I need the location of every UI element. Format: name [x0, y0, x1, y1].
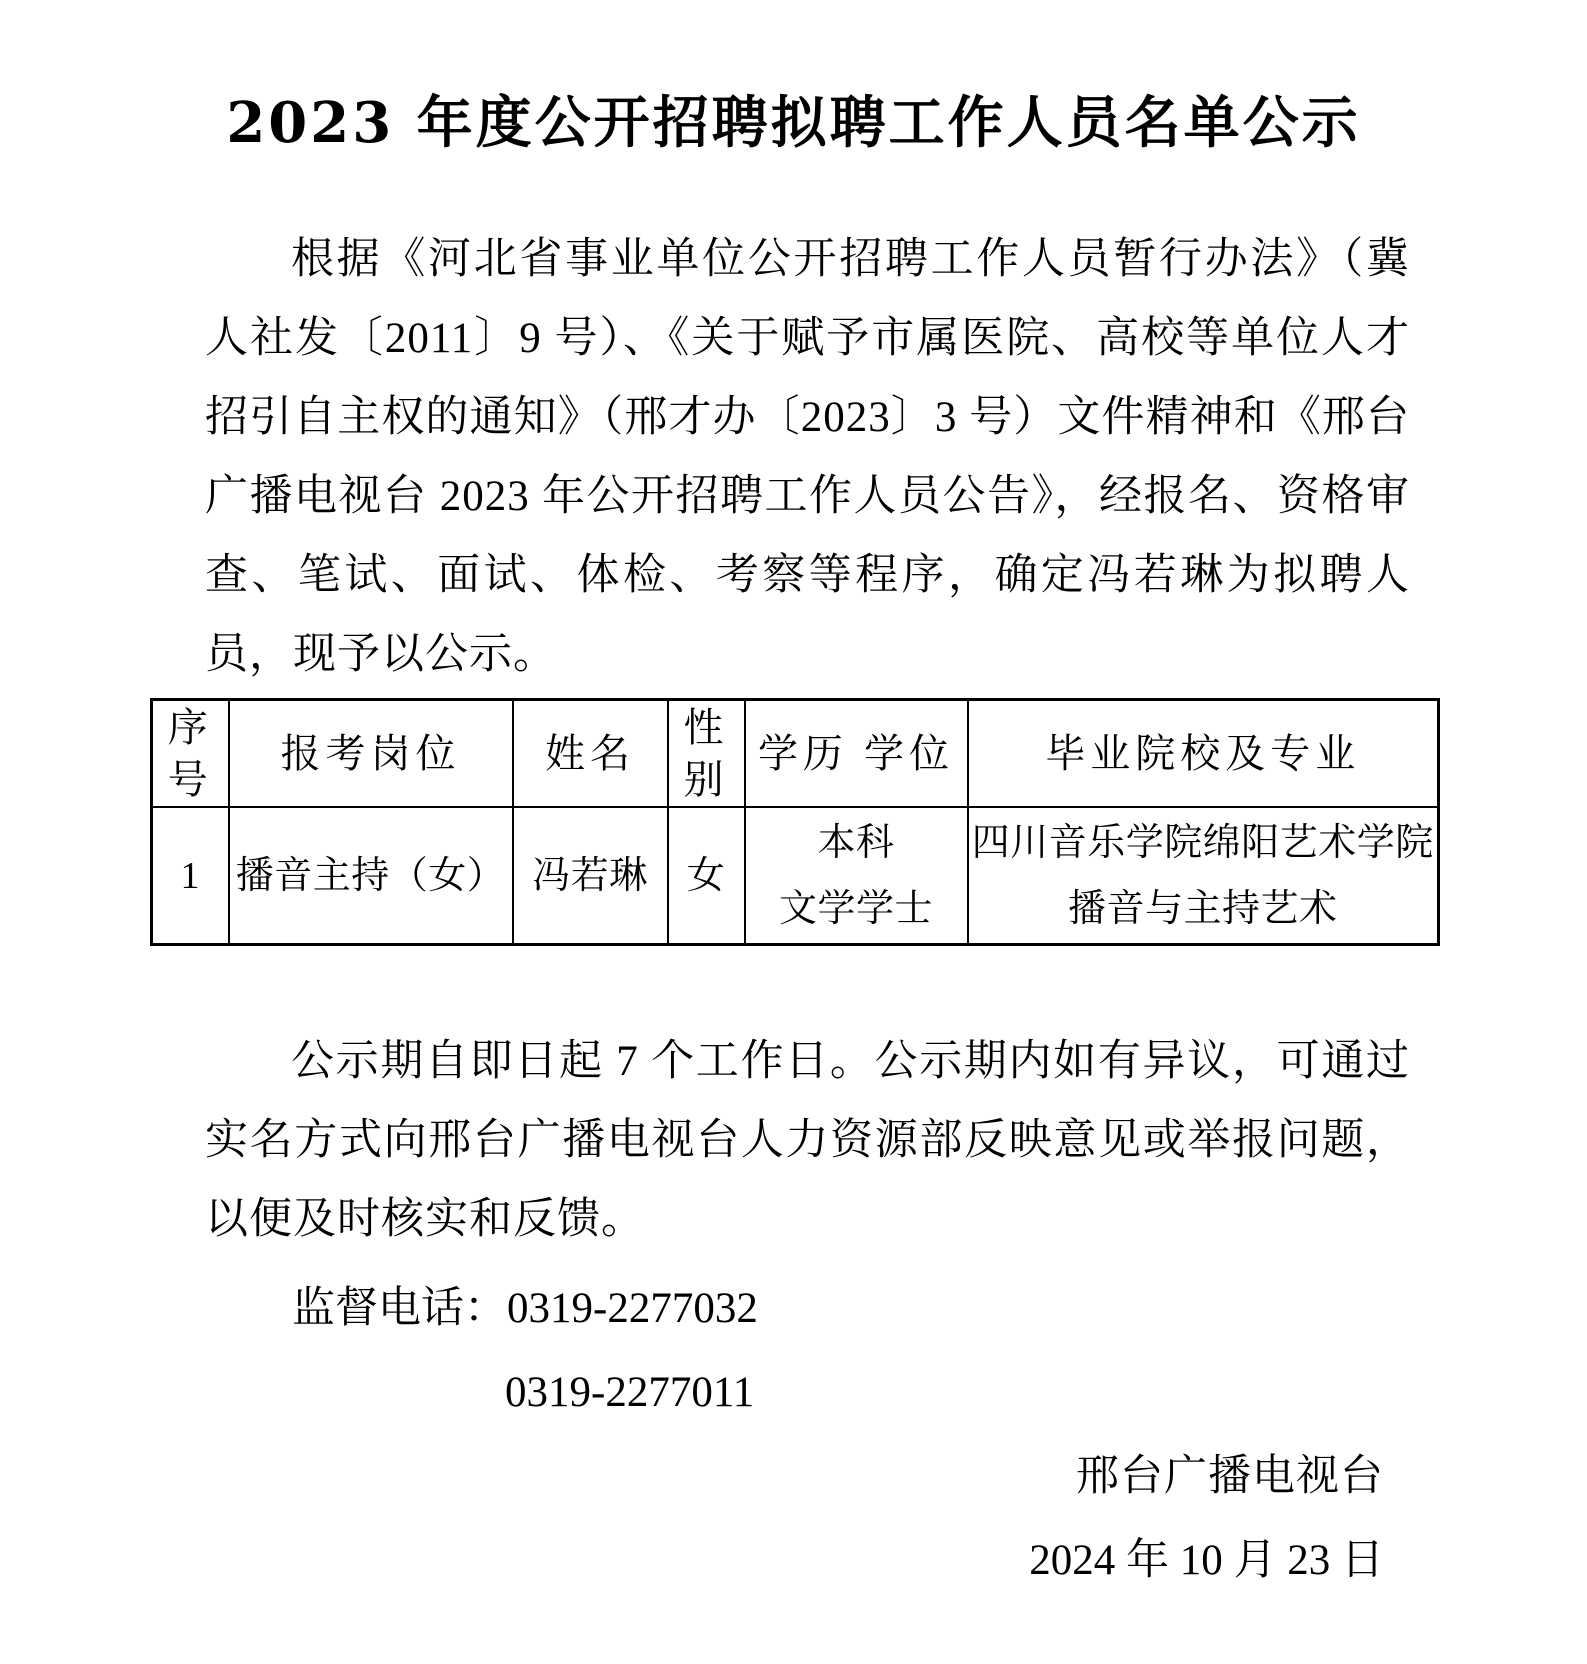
- cell-gender: 女: [668, 807, 745, 945]
- column-header-position: 报考岗位: [229, 700, 513, 808]
- signature-date: 2024 年 10 月 23 日: [0, 1521, 1587, 1601]
- school-major: 播音与主持艺术: [971, 876, 1436, 942]
- column-header-seq: 序号: [152, 700, 229, 808]
- cell-position: 播音主持（女）: [229, 807, 513, 945]
- degree-level: 本科: [748, 810, 965, 876]
- public-notice-document: 2023 年度公开招聘拟聘工作人员名单公示 根据《河北省事业单位公开招聘工作人员…: [0, 0, 1587, 1664]
- table-row: 1 播音主持（女） 冯若琳 女 本科 文学学士 四川音乐学院绵阳艺术学院 播音与…: [152, 807, 1439, 945]
- column-header-name: 姓名: [513, 700, 668, 808]
- supervision-phone-line-1: 监督电话：0319-2277032: [0, 1269, 1587, 1349]
- cell-name: 冯若琳: [513, 807, 668, 945]
- signature-organization: 邢台广播电视台: [0, 1437, 1587, 1517]
- column-header-gender: 性别: [668, 700, 745, 808]
- notice-paragraph: 公示期自即日起 7 个工作日。公示期内如有异议，可通过实名方式向邢台广播电视台人…: [205, 1022, 1410, 1259]
- column-header-school: 毕业院校及专业: [968, 700, 1439, 808]
- school-name: 四川音乐学院绵阳艺术学院: [971, 810, 1436, 876]
- intro-paragraph: 根据《河北省事业单位公开招聘工作人员暂行办法》（冀人社发〔2011〕9 号）、《…: [205, 220, 1410, 694]
- column-header-degree: 学历 学位: [745, 700, 968, 808]
- supervision-phone-line-2: 0319-2277011: [0, 1353, 1587, 1433]
- candidate-table: 序号 报考岗位 姓名 性别 学历 学位 毕业院校及专业 1 播音主持（女） 冯若…: [150, 698, 1440, 946]
- cell-degree: 本科 文学学士: [745, 807, 968, 945]
- cell-school: 四川音乐学院绵阳艺术学院 播音与主持艺术: [968, 807, 1439, 945]
- cell-seq: 1: [152, 807, 229, 945]
- degree-title: 文学学士: [748, 876, 965, 942]
- page-title: 2023 年度公开招聘拟聘工作人员名单公示: [0, 0, 1587, 158]
- table-header-row: 序号 报考岗位 姓名 性别 学历 学位 毕业院校及专业: [152, 700, 1439, 808]
